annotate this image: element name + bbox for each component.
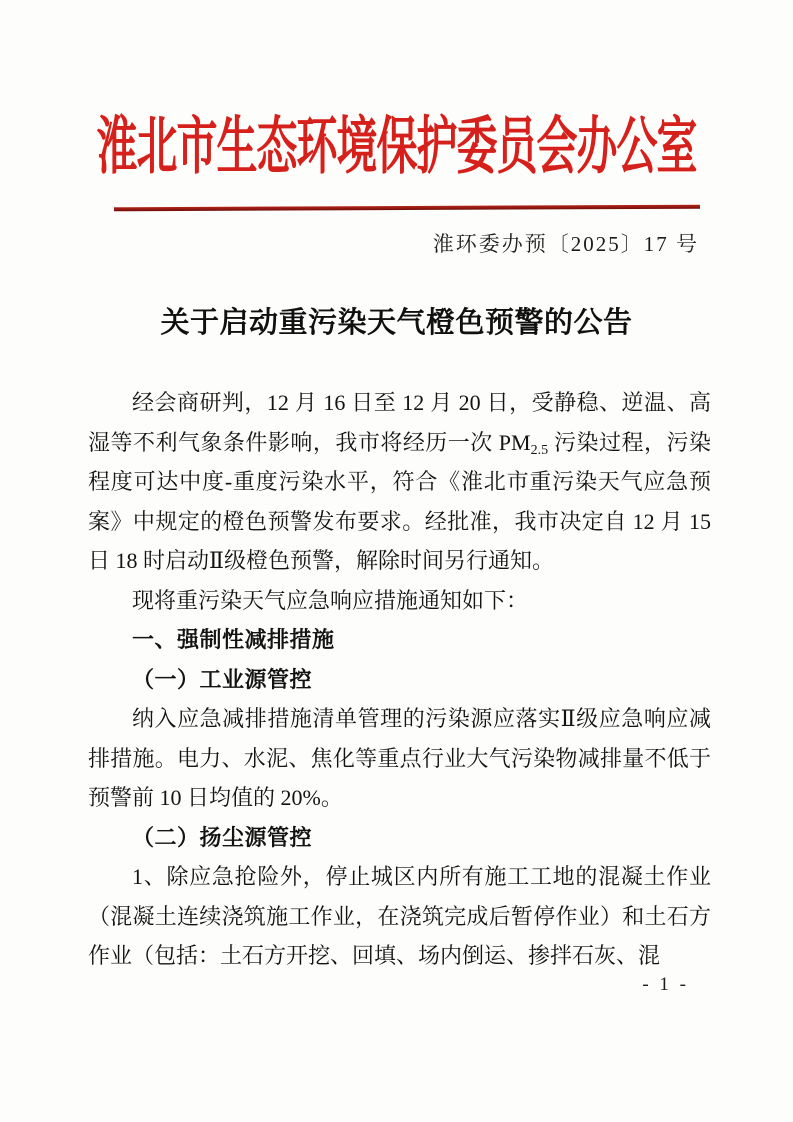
heading-industrial-source-control: （一）工业源管控 <box>88 660 711 700</box>
letterhead-org-title: 淮北市生态环境保护委员会办公室 <box>0 96 793 186</box>
document-body: 经会商研判，12 月 16 日至 12 月 20 日，受静稳、逆温、高湿等不利气… <box>88 383 711 976</box>
paragraph-industrial-measures: 纳入应急减排措施清单管理的污染源应落实Ⅱ级应急响应减排措施。电力、水泥、焦化等重… <box>88 699 711 818</box>
letterhead-red-rule <box>114 205 700 212</box>
paragraph-notice-intro: 现将重污染天气应急响应措施通知如下： <box>88 581 711 621</box>
document-title: 关于启动重污染天气橙色预警的公告 <box>0 300 793 341</box>
document-page: 淮北市生态环境保护委员会办公室 淮环委办预〔2025〕17 号 关于启动重污染天… <box>0 0 793 1122</box>
paragraph-situation: 经会商研判，12 月 16 日至 12 月 20 日，受静稳、逆温、高湿等不利气… <box>88 383 711 581</box>
page-number: - 1 - <box>642 974 689 996</box>
pm25-subscript: 2.5 <box>531 443 549 458</box>
paragraph-dust-measures: 1、除应急抢险外，停止城区内所有施工工地的混凝土作业（混凝土连续浇筑施工作业，在… <box>88 857 711 976</box>
document-number: 淮环委办预〔2025〕17 号 <box>433 228 699 258</box>
heading-mandatory-reduction-measures: 一、强制性减排措施 <box>88 620 711 660</box>
heading-dust-source-control: （二）扬尘源管控 <box>88 818 711 858</box>
